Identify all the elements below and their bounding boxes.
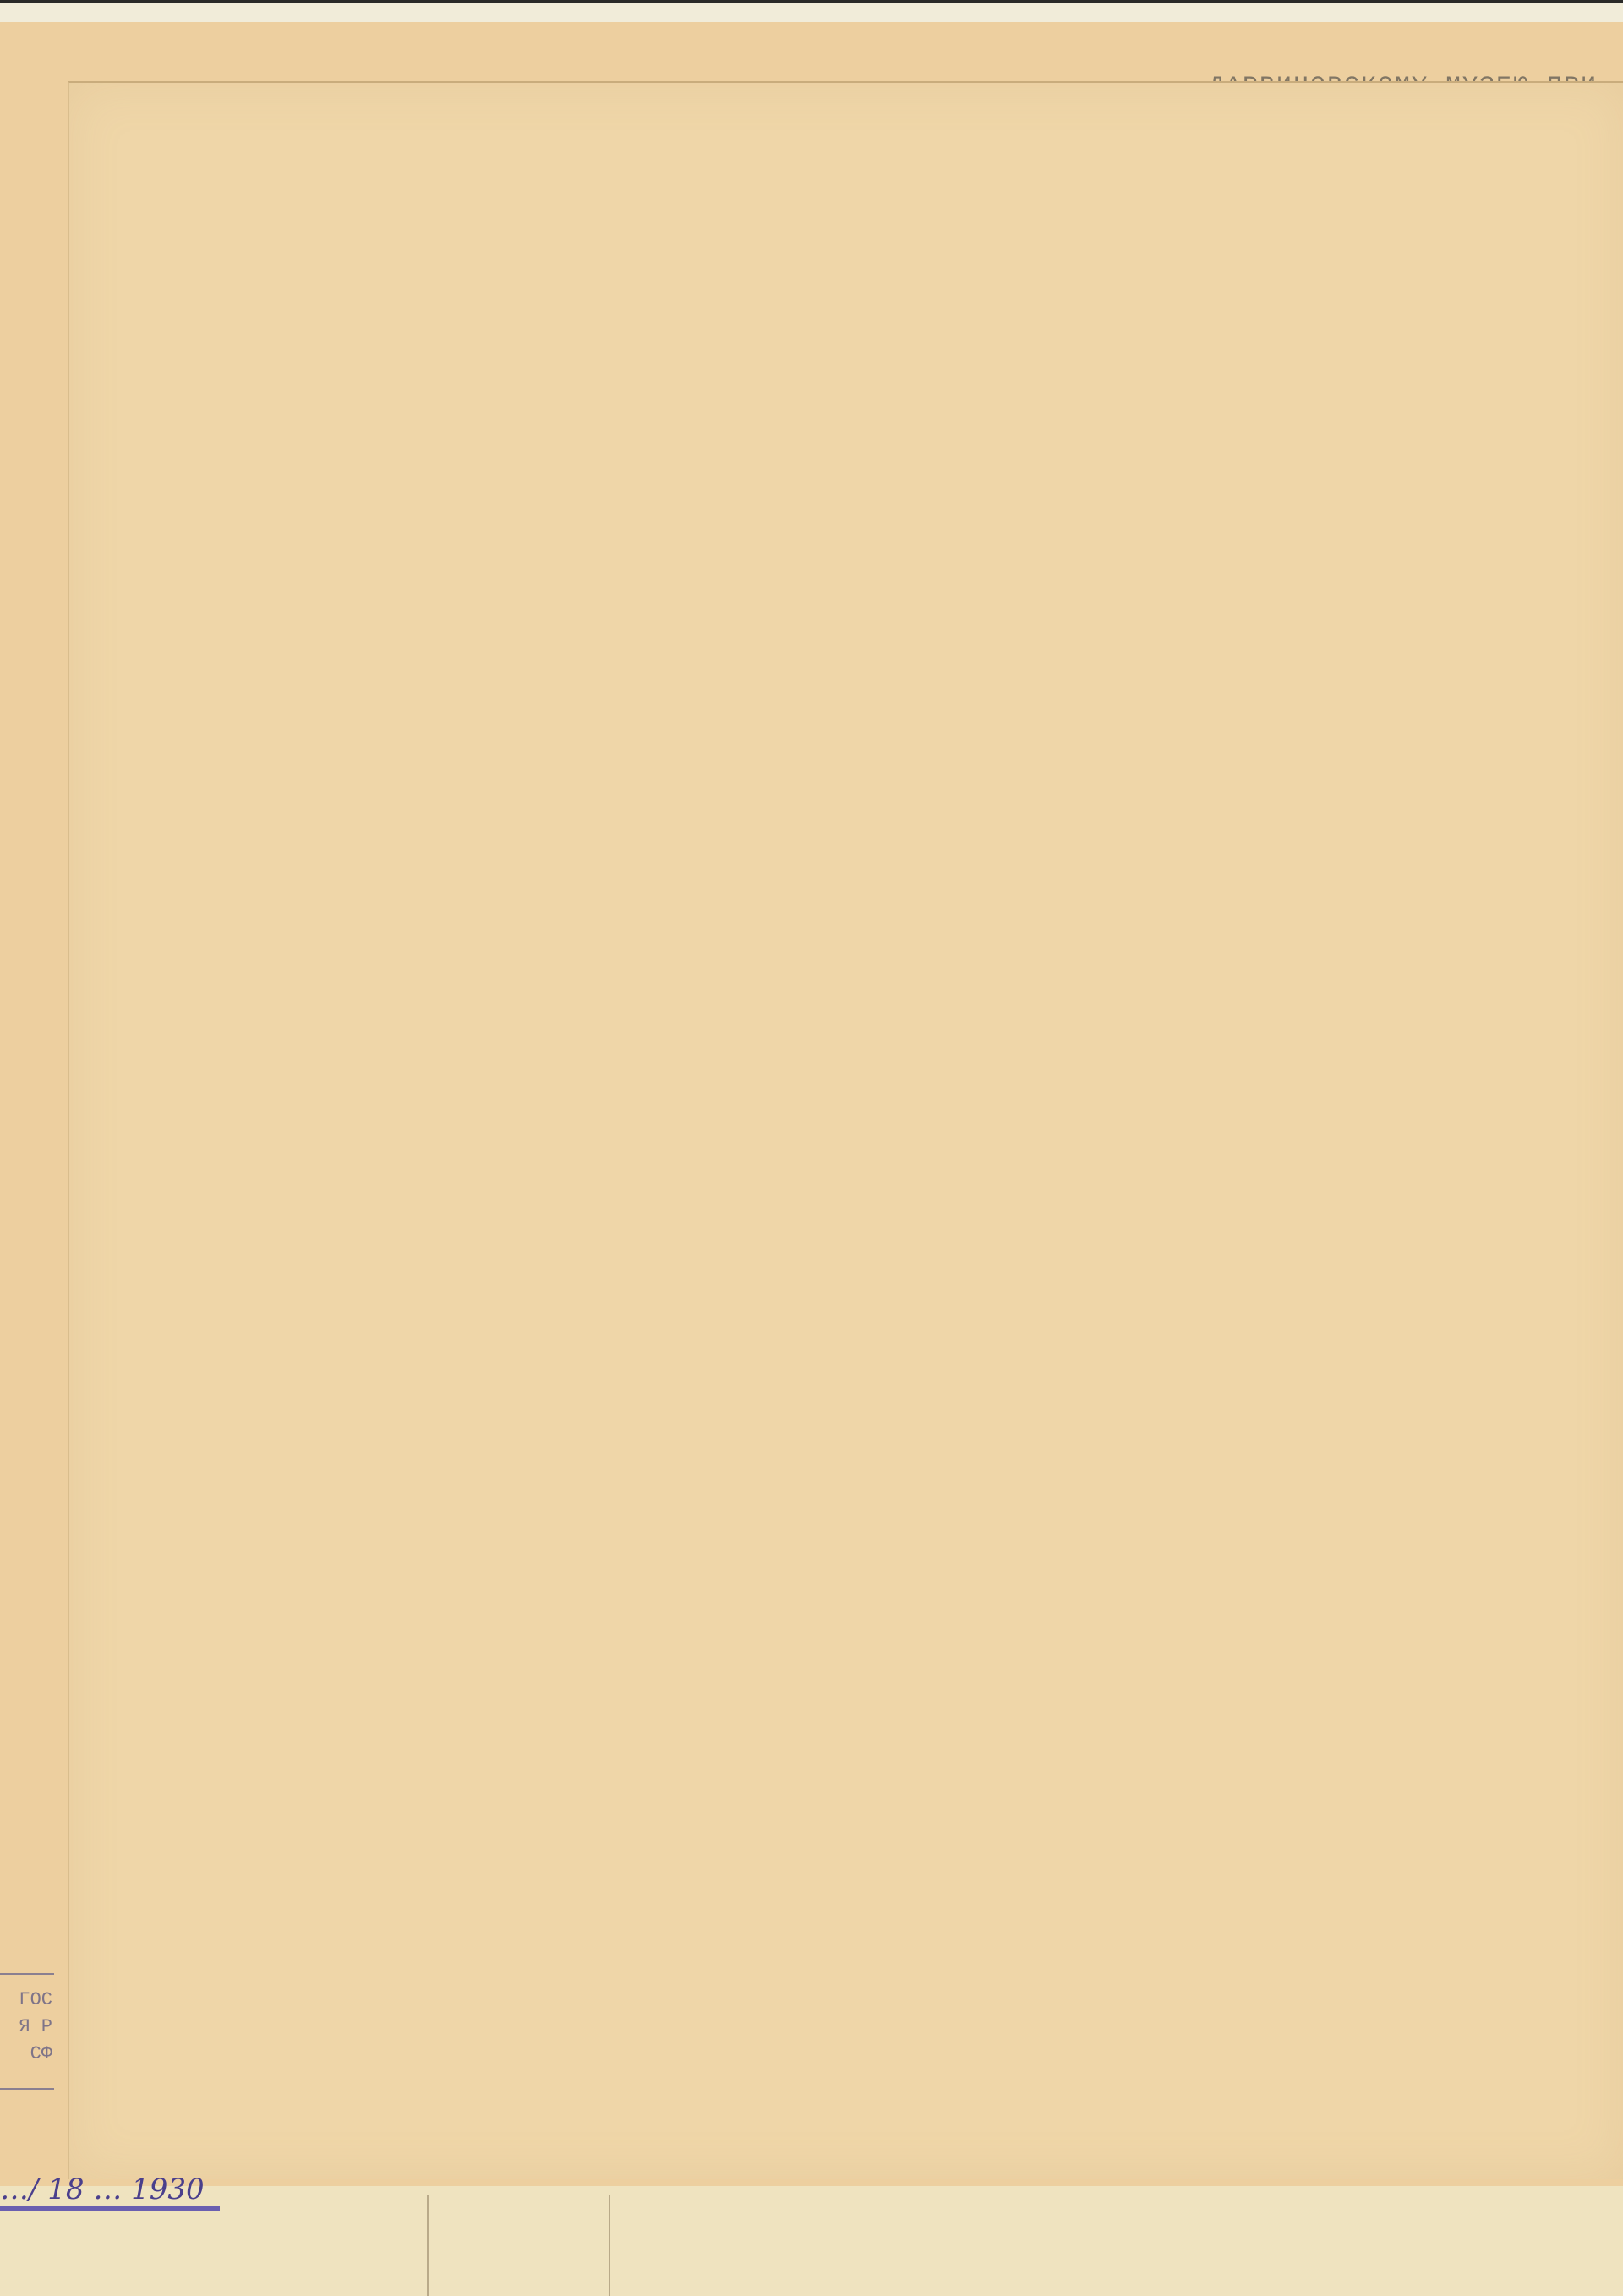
stamp-line: СФ (0, 2041, 54, 2068)
handwritten-note-fragment: …/ 18 … 1930 (0, 2173, 220, 2211)
paper-crease (609, 2195, 610, 2296)
stamp-line: ГОС (0, 1987, 54, 2014)
paper-crease (427, 2195, 429, 2296)
document-page (68, 81, 1623, 2179)
stamp-line: Я Р (0, 2014, 54, 2041)
archive-stamp-fragment: ГОС Я Р СФ (0, 1973, 54, 2090)
bleed-through-text (171, 184, 1523, 565)
